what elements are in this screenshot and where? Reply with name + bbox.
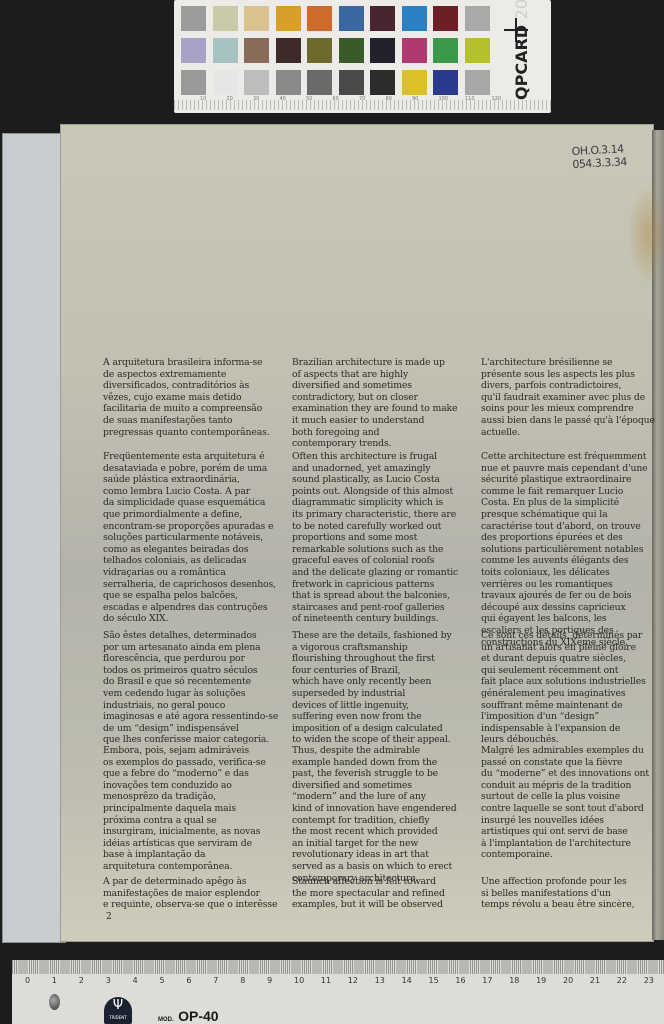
paragraph: Ce sont ces détails, déterminés par un a… [481, 630, 661, 746]
ruler-label: 8 [240, 976, 245, 985]
card-scale-label: 100 [439, 96, 449, 102]
color-swatch [402, 70, 427, 95]
ruler-label: 16 [455, 976, 465, 985]
color-swatch [370, 70, 395, 95]
fr-para-2: Cette architecture est fréquemment nue e… [481, 451, 661, 648]
ruler-label: 19 [536, 976, 546, 985]
paragraph: Cette architecture est fréquemment nue e… [481, 451, 661, 648]
card-scale-label: 110 [465, 96, 475, 102]
en-para-4: Thus, despite the admirable example hand… [292, 745, 478, 884]
ruler-label: 17 [482, 976, 492, 985]
page-number: 2 [106, 912, 112, 922]
ruler-label: 13 [375, 976, 385, 985]
ruler-model: MOD. OP-40 [158, 1008, 219, 1024]
back-sheet [2, 133, 66, 943]
ruler-label: 21 [590, 976, 600, 985]
ruler-label: 3 [106, 976, 111, 985]
color-swatch [244, 6, 269, 31]
color-swatch [276, 70, 301, 95]
color-swatch [276, 6, 301, 31]
paragraph: Brazilian architecture is made up of asp… [292, 357, 478, 450]
ruler-ticks [12, 960, 664, 974]
color-swatch [181, 70, 206, 95]
pt-para-5: A par de determinado apêgo às manifestaç… [103, 876, 289, 911]
color-swatch [370, 6, 395, 31]
screw-icon [49, 994, 60, 1010]
card-scale-label: 120 [492, 96, 502, 102]
color-swatch [244, 38, 269, 63]
fr-para-4: Malgré les admirables exemples du passé … [481, 745, 661, 861]
fr-para-5: Une affection profonde pour les si belle… [481, 876, 661, 911]
paragraph: Embora, pois, sejam admiráveis os exempl… [103, 745, 289, 873]
card-brand-name: QPCARD [512, 25, 531, 100]
card-scale-label: 80 [386, 96, 392, 102]
card-scale-label: 70 [359, 96, 365, 102]
paragraph: L'architecture brésilienne se présente s… [481, 357, 661, 438]
color-swatch [433, 70, 458, 95]
ruler-label: 18 [509, 976, 519, 985]
ruler-label: 10 [294, 976, 304, 985]
color-swatch [370, 38, 395, 63]
color-swatch [307, 6, 332, 31]
model-prefix: MOD. [158, 1017, 174, 1023]
card-scale-label: 20 [227, 96, 233, 102]
handwritten-catalog-note: OH.O.3.14 054.3.3.34 [571, 141, 652, 171]
ruler-label: 6 [186, 976, 191, 985]
paragraph: A par de determinado apêgo às manifestaç… [103, 876, 289, 911]
ruler-label: 12 [348, 976, 358, 985]
ruler-label: 9 [267, 976, 272, 985]
color-swatch [339, 38, 364, 63]
color-swatch [402, 38, 427, 63]
ruler-label: 14 [402, 976, 412, 985]
card-brand-label: QPCARD 201 [512, 0, 531, 100]
model-code: OP-40 [178, 1008, 218, 1024]
ruler-label: 1 [52, 976, 57, 985]
paragraph: These are the details, fashioned by a vi… [292, 630, 478, 746]
paragraph: Malgré les admirables exemples du passé … [481, 745, 661, 861]
card-scale-label: 60 [333, 96, 339, 102]
color-swatch [433, 6, 458, 31]
color-swatch [307, 70, 332, 95]
paragraph: A arquitetura brasileira informa-se de a… [103, 357, 289, 438]
card-model-number: 201 [512, 0, 531, 19]
paragraph: Staunch affection is felt toward the mor… [292, 876, 478, 911]
pt-para-3: São êstes detalhes, determinados por um … [103, 630, 289, 746]
card-scale-label: 50 [306, 96, 312, 102]
ruler-label: 22 [617, 976, 627, 985]
color-swatch [465, 6, 490, 31]
ruler-label: 4 [133, 976, 138, 985]
ruler-label: 0 [25, 976, 30, 985]
card-scale-label: 90 [412, 96, 418, 102]
en-para-5: Staunch affection is felt toward the mor… [292, 876, 478, 911]
ruler-label: 5 [160, 976, 165, 985]
card-scale-label: 30 [253, 96, 259, 102]
color-swatch [433, 38, 458, 63]
ruler-label: 20 [563, 976, 573, 985]
card-scale-label: 40 [280, 96, 286, 102]
card-scale-label: 10 [200, 96, 206, 102]
pt-para-4: Embora, pois, sejam admiráveis os exempl… [103, 745, 289, 873]
trident-logo-icon: Ψ TRIDENT [104, 997, 132, 1024]
color-swatch [339, 6, 364, 31]
ruler-label: 11 [321, 976, 331, 985]
ruler-label: 7 [213, 976, 218, 985]
color-swatch [213, 70, 238, 95]
color-swatch [213, 6, 238, 31]
color-swatch [244, 70, 269, 95]
en-para-3: These are the details, fashioned by a vi… [292, 630, 478, 746]
ruler-brand: TRIDENT [109, 1015, 126, 1020]
color-swatch [465, 70, 490, 95]
fr-para-1: L'architecture brésilienne se présente s… [481, 357, 661, 438]
paragraph: Freqüentemente esta arquitetura é desata… [103, 451, 289, 625]
color-swatch [181, 6, 206, 31]
color-swatch [402, 6, 427, 31]
color-calibration-card: 102030405060708090100110120 [174, 0, 551, 113]
color-swatch [213, 38, 238, 63]
color-swatch [339, 70, 364, 95]
color-swatch [307, 38, 332, 63]
color-swatch [276, 38, 301, 63]
column-portuguese: A arquitetura brasileira informa-se de a… [103, 357, 289, 438]
ruler-label: 15 [429, 976, 439, 985]
color-swatch [465, 38, 490, 63]
ruler-label: 23 [644, 976, 654, 985]
color-swatch [181, 38, 206, 63]
paper-stain [628, 185, 664, 285]
pt-para-2: Freqüentemente esta arquitetura é desata… [103, 451, 289, 625]
paragraph: Une affection profonde pour les si belle… [481, 876, 661, 911]
en-para-2: Often this architecture is frugal and un… [292, 451, 478, 625]
paragraph: Thus, despite the admirable example hand… [292, 745, 478, 884]
ruler-label: 2 [79, 976, 84, 985]
fr-para-3: Ce sont ces détails, déterminés par un a… [481, 630, 661, 746]
paragraph: Often this architecture is frugal and un… [292, 451, 478, 625]
paragraph: São êstes detalhes, determinados por um … [103, 630, 289, 746]
en-para-1: Brazilian architecture is made up of asp… [292, 357, 478, 450]
